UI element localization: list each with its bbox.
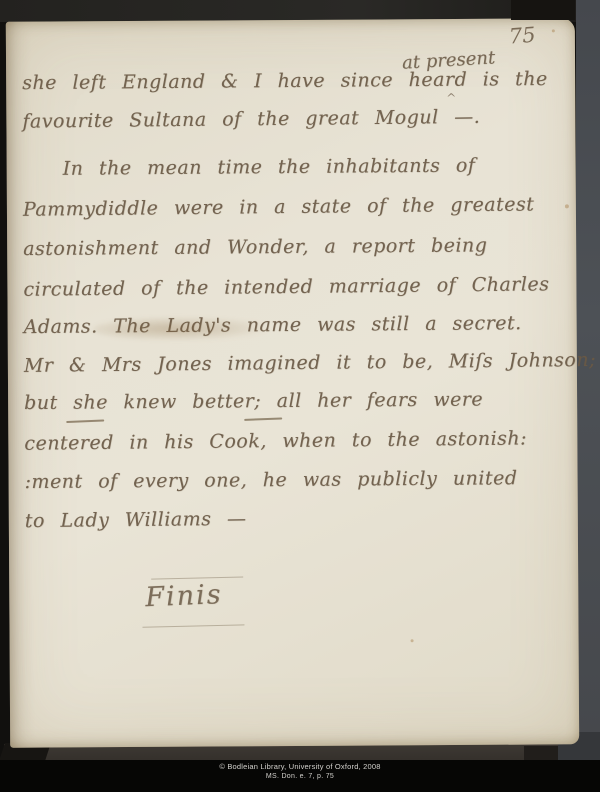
foxing-spot — [411, 639, 414, 642]
manuscript-line: Mr & Mrs Jones imagined it to be, Miſs J… — [24, 349, 596, 377]
manuscript-line: circulated of the intended marriage of C… — [23, 273, 549, 301]
underline-mark — [66, 419, 104, 423]
background-right-strip — [576, 0, 600, 792]
manuscript-line: favourite Sultana of the great Mogul —. — [22, 106, 480, 133]
manuscript-photo: 75 at present ^ she left England & I hav… — [0, 0, 600, 792]
cradle-tab-top-right — [511, 0, 575, 20]
manuscript-line: but she knew better; all her fears were — [24, 388, 483, 414]
manuscript-page: 75 at present ^ she left England & I hav… — [6, 18, 579, 747]
underline-mark — [244, 417, 282, 421]
shelfmark-caption: MS. Don. e. 7, p. 75 — [0, 773, 600, 780]
finis-rule-below — [142, 624, 244, 628]
manuscript-line: astonishment and Wonder, a report being — [23, 234, 487, 260]
folio-number: 75 — [508, 23, 536, 49]
manuscript-line: centered in his Cook, when to the astoni… — [24, 427, 527, 454]
manuscript-line: Pammydiddle were in a state of the great… — [23, 193, 535, 220]
finis-label: Finis — [145, 579, 223, 613]
foxing-spot — [565, 204, 569, 208]
copyright-caption: © Bodleian Library, University of Oxford… — [0, 762, 600, 771]
manuscript-line: In the mean time the inhabitants of — [63, 155, 476, 180]
manuscript-line: :ment of every one, he was publicly unit… — [25, 467, 518, 493]
ink-smudge — [93, 316, 269, 341]
insertion-caret-mark: ^ — [446, 91, 456, 105]
manuscript-line: to Lady Williams — — [25, 508, 247, 532]
manuscript-line: she left England & I have since heard is… — [22, 68, 548, 94]
foxing-spot — [552, 29, 555, 32]
